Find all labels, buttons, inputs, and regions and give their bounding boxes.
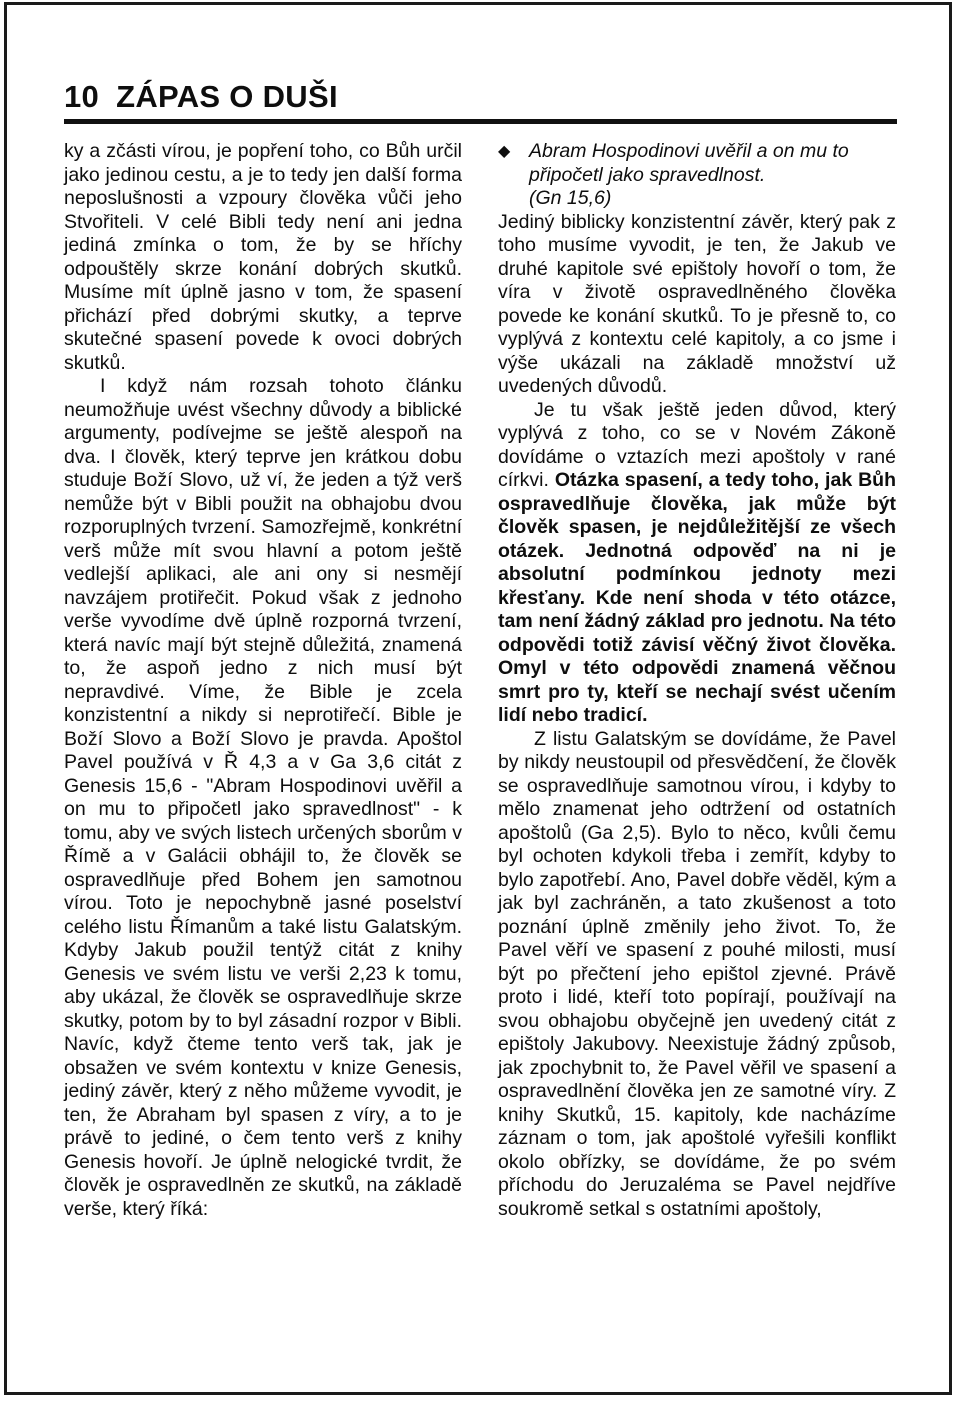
text-segment: Jediný biblicky konzistentní závěr, kter… [498, 211, 896, 398]
paragraph: Je tu však ještě jeden důvod, který vypl… [498, 399, 896, 728]
text-segment: I když nám rozsah tohoto článku neumožňu… [64, 375, 462, 1220]
page-title: ZÁPAS O DUŠI [116, 79, 338, 114]
page-header: 10ZÁPAS O DUŠI [64, 82, 897, 112]
quote-text-block: Abram Hospodinovi uvěřil a on mu to přip… [529, 140, 896, 211]
text-segment: Z listu Galatským se dovídáme, že Pavel … [498, 728, 896, 1220]
left-column: ky a zčásti vírou, je popření toho, co B… [64, 140, 462, 1221]
paragraph: ky a zčásti vírou, je popření toho, co B… [64, 140, 462, 375]
right-column: ◆ Abram Hospodinovi uvěřil a on mu to př… [498, 140, 896, 1221]
paragraph: Jediný biblicky konzistentní závěr, kter… [498, 211, 896, 399]
document-page: 10ZÁPAS O DUŠI ky a zčásti vírou, je pop… [0, 0, 960, 1414]
quote-block: ◆ Abram Hospodinovi uvěřil a on mu to př… [498, 140, 896, 211]
page-content: 10ZÁPAS O DUŠI ky a zčásti vírou, je pop… [64, 82, 897, 1221]
paragraph: I když nám rozsah tohoto článku neumožňu… [64, 375, 462, 1221]
text-segment-bold: Otázka spasení, a tedy toho, jak Bůh osp… [498, 469, 896, 726]
text-columns: ky a zčásti vírou, je popření toho, co B… [64, 140, 897, 1221]
paragraph: Z listu Galatským se dovídáme, že Pavel … [498, 728, 896, 1222]
page-number: 10 [64, 79, 99, 114]
header-rule [64, 119, 897, 124]
quote-text: Abram Hospodinovi uvěřil a on mu to přip… [529, 140, 849, 186]
diamond-bullet-icon: ◆ [498, 140, 529, 211]
quote-reference: (Gn 15,6) [529, 187, 896, 211]
text-segment: ky a zčásti vírou, je popření toho, co B… [64, 140, 462, 374]
